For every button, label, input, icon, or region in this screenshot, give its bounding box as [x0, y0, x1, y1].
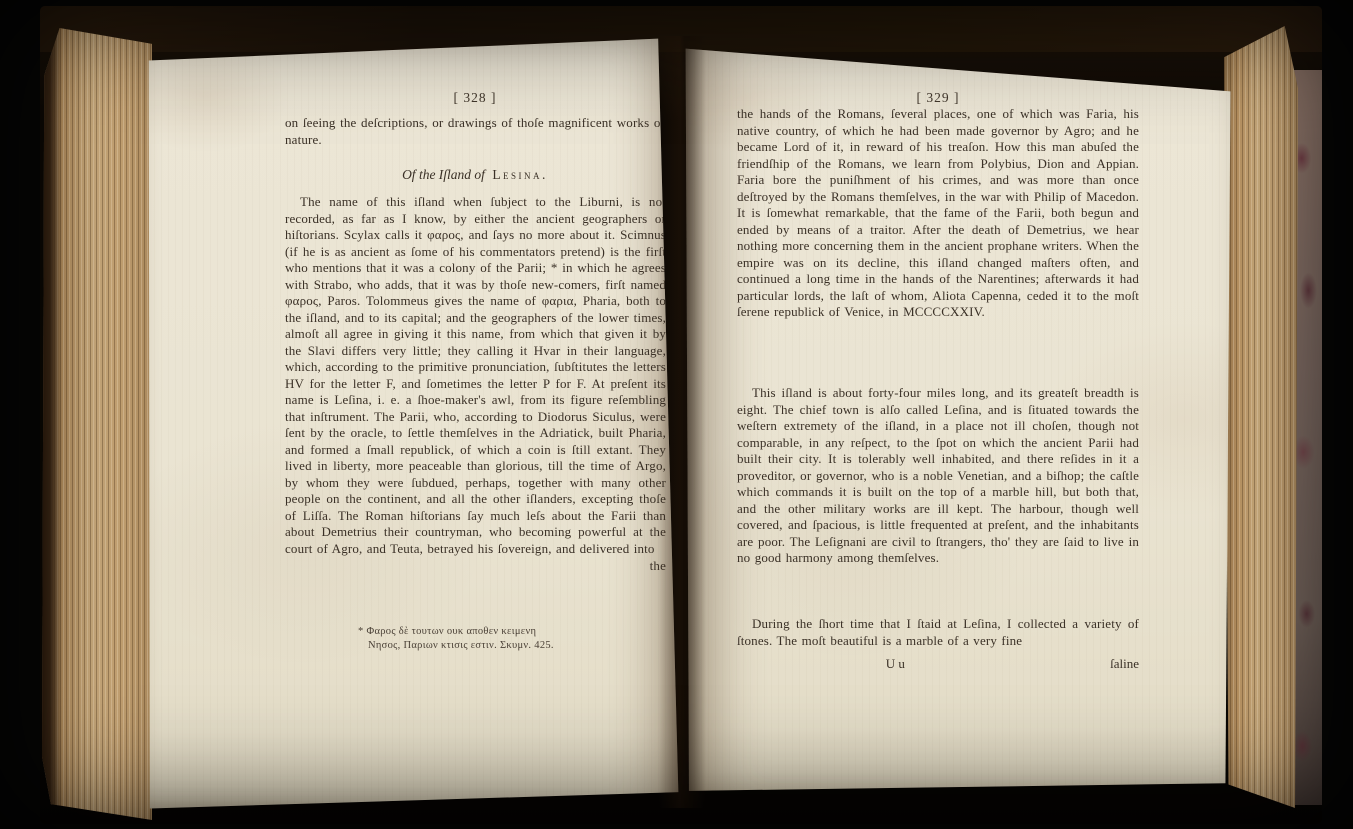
- page-number: [ 328 ]: [285, 90, 665, 106]
- body-paragraph: The name of this iſland when ſubject to …: [285, 194, 666, 557]
- catchword: the: [285, 558, 666, 575]
- paragraph-continuation: on ſeeing the deſcriptions, or drawings …: [285, 115, 665, 148]
- photo-background: [ 328 ] on ſeeing the deſcriptions, or d…: [0, 0, 1353, 829]
- left-fore-edge: [42, 28, 152, 820]
- right-fore-edge: [1224, 26, 1298, 808]
- right-page: [ 329 ] the hands of the Romans, ſeveral…: [680, 38, 1240, 800]
- body-paragraph: This iſland is about forty-four miles lo…: [737, 385, 1139, 567]
- footnote: * Φαρος δὲ τουτων ουκ αποθεν κειμενη Νησ…: [358, 625, 554, 653]
- body-paragraph-wrap: The name of this iſland when ſubject to …: [285, 194, 666, 575]
- gathering-signature: U u: [886, 656, 905, 672]
- page-number: [ 329 ]: [737, 90, 1139, 106]
- left-page: [ 328 ] on ſeeing the deſcriptions, or d…: [140, 34, 686, 814]
- signature-row: U u ſaline: [737, 656, 1139, 674]
- footnote-line: Νησος, Παριων κτισις εστιν. Σκυμν. 425.: [368, 639, 554, 653]
- heading-italic-text: Of the Iſland of: [402, 167, 485, 182]
- body-paragraph: the hands of the Romans, ſeveral places,…: [737, 106, 1139, 321]
- heading-smallcaps-text: Lesina.: [492, 167, 548, 182]
- footnote-line: * Φαρος δὲ τουτων ουκ αποθεν κειμενη: [358, 625, 554, 639]
- section-heading: Of the Iſland of Lesina.: [285, 167, 665, 183]
- catchword: ſaline: [1110, 656, 1139, 672]
- body-paragraph: During the ſhort time that I ſtaid at Le…: [737, 616, 1139, 649]
